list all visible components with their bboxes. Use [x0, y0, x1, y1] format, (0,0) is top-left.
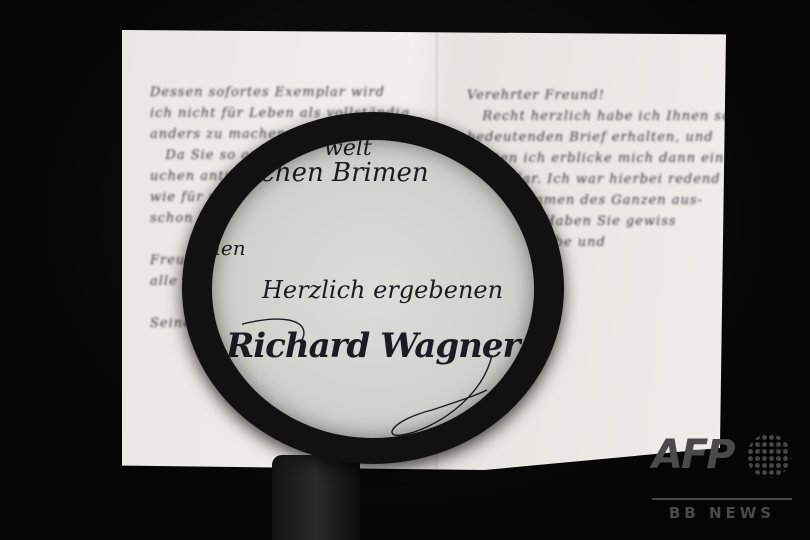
dotted-globe-icon — [747, 434, 791, 478]
bb-news-text: BB NEWS — [652, 504, 792, 522]
magnifier-lens: welt lchen Brimen hen Herzlich ergebenen… — [212, 140, 534, 438]
magnified-text-line: hen — [212, 236, 246, 260]
photo-background: Dessen sofortes Exemplar wird ich nicht … — [0, 0, 810, 540]
afp-bb-news-watermark: AFP BB NEWS — [652, 430, 792, 525]
letter-closing: Herzlich ergebenen — [262, 276, 503, 304]
signature: Richard Wagner — [226, 326, 519, 366]
watermark-divider — [652, 498, 792, 500]
afp-logo-text: AFP — [652, 432, 734, 478]
signature-flourish-icon — [242, 300, 512, 438]
magnified-text-line: lchen Brimen — [252, 158, 429, 188]
magnifier-handle — [272, 455, 360, 540]
magnified-text-line: welt — [324, 140, 372, 161]
